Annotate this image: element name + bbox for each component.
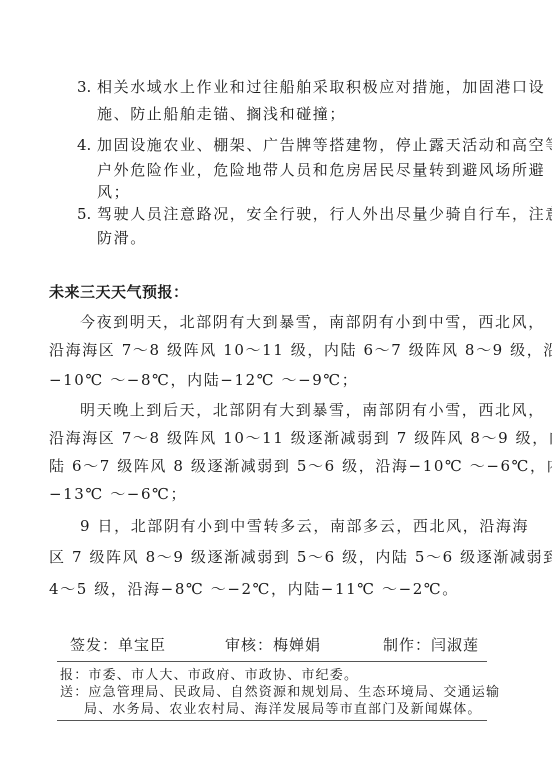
send-to-line-1: 送：应急管理局、民政局、自然资源和规划局、生态环境局、交通运输 [60, 684, 500, 701]
send-to-line-2: 局、水务局、农业农村局、海洋发展局等市直部门及新闻媒体。 [84, 701, 482, 718]
paragraph-line: 沿海海区 7～8 级阵风 10～11 级逐渐减弱到 7 级阵风 8～9 级，内 [49, 428, 552, 448]
signoff-row: 签发：单宝臣 审核：梅婵娟 制作：闫淑莲 [60, 634, 487, 656]
forecast-heading: 未来三天天气预报： [49, 282, 189, 302]
paragraph-line: 明天晚上到后天，北部阴有大到暴雪，南部阴有小雪，西北风， [80, 400, 545, 420]
reviewed-by: 审核：梅婵娟 [225, 634, 321, 656]
document-page: 3.相关水域水上作业和过往船舶采取积极应对措施，加固港口设 施、防止船舶走锚、搁… [0, 0, 552, 782]
report-to: 报：市委、市人大、市政府、市政协、市纪委。 [60, 667, 358, 684]
paragraph-line: −13℃ ～−6℃； [49, 484, 187, 504]
list-item-5-line-2: 防滑。 [97, 228, 147, 248]
paragraph-line: 陆 6～7 级阵风 8 级逐渐减弱到 5～6 级，沿海−10℃ ～−6℃，内陆 [49, 456, 552, 476]
divider-top [57, 661, 487, 662]
list-item-5-line-1: 5.驾驶人员注意路况，安全行驶，行人外出尽量少骑自行车，注意 [77, 204, 552, 224]
list-item-3-line-2: 施、防止船舶走锚、搁浅和碰撞； [97, 104, 346, 124]
list-item-4-line-3: 风； [97, 182, 130, 202]
issued-by: 签发：单宝臣 [70, 634, 166, 656]
list-item-4-line-1: 4.加固设施农业、棚架、广告牌等搭建物，停止露天活动和高空等 [77, 135, 552, 155]
list-item-3-line-1: 3.相关水域水上作业和过往船舶采取积极应对措施，加固港口设 [77, 77, 545, 97]
list-item-4-line-2: 户外危险作业，危险地带人员和危房居民尽量转到避风场所避 [97, 160, 545, 180]
list-number: 4. [77, 135, 97, 155]
paragraph-line: 今夜到明天，北部阴有大到暴雪，南部阴有小到中雪，西北风， [80, 312, 545, 332]
paragraph-line: 9 日，北部阴有小到中雪转多云，南部多云，西北风，沿海海 [80, 516, 529, 536]
divider-bottom [57, 720, 487, 721]
list-number: 5. [77, 204, 97, 224]
paragraph-line: −10℃ ～−8℃，内陆−12℃ ～−9℃； [49, 370, 358, 390]
prepared-by: 制作：闫淑莲 [383, 634, 479, 656]
paragraph-line: 4～5 级，沿海−8℃ ～−2℃，内陆−11℃ ～−2℃。 [49, 579, 459, 599]
paragraph-line: 区 7 级阵风 8～9 级逐渐减弱到 5～6 级，内陆 5～6 级逐渐减弱到 [49, 547, 552, 567]
list-number: 3. [77, 77, 97, 97]
paragraph-line: 沿海海区 7～8 级阵风 10～11 级，内陆 6～7 级阵风 8～9 级，沿海 [49, 340, 552, 360]
